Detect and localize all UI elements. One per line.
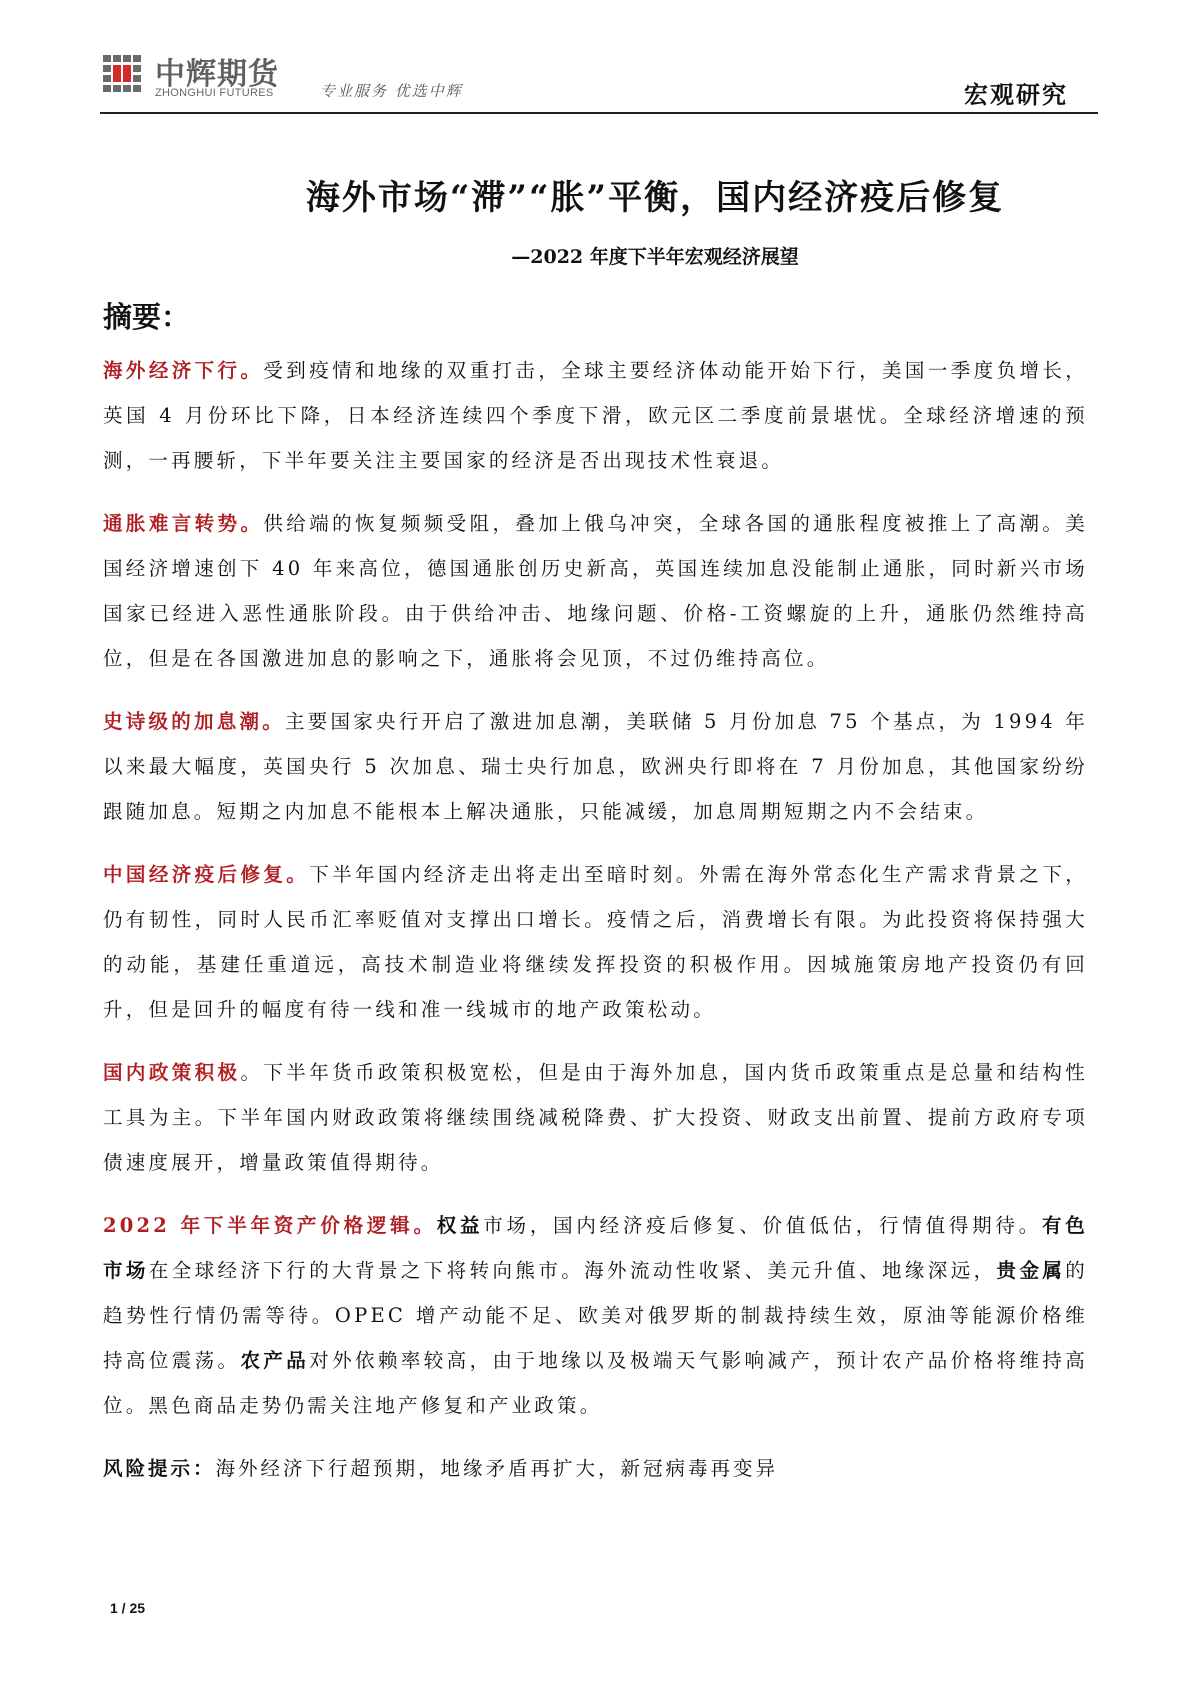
paragraph-lead: 史诗级的加息潮。 [103,710,285,733]
paragraph-inflation: 通胀难言转势。供给端的恢复频频受阻，叠加上俄乌冲突，全球各国的通胀程度被推上了高… [103,501,1088,681]
asset-equity: 权益 [437,1214,484,1237]
risk-warning: 风险提示：海外经济下行超预期，地缘矛盾再扩大，新冠病毒再变异 [103,1446,1088,1491]
report-title: 海外市场“滞”“胀”平衡，国内经济疫后修复 [0,170,1190,219]
header-divider [100,112,1098,114]
risk-label: 风险提示： [103,1457,216,1480]
slogan: 专业服务 优选中辉 [320,80,463,101]
asset-text: 在全球经济下行的大背景之下将转向熊市。海外流动性收紧、美元升值、地缘深远， [149,1259,997,1282]
logo-grid-icon [103,55,143,93]
asset-agriculture: 农产品 [240,1349,309,1372]
report-subtitle: —2022 年度下半年宏观经济展望 [0,242,1190,269]
section-label: 宏观研究 [964,75,1068,110]
paragraph-text: 。下半年货币政策积极宽松，但是由于海外加息，国内货币政策重点是总量和结构性工具为… [103,1061,1088,1174]
paragraph-lead: 2022 年下半年资产价格逻辑。 [103,1214,437,1237]
abstract-body: 海外经济下行。受到疫情和地缘的双重打击，全球主要经济体动能开始下行，美国一季度负… [103,348,1088,1491]
asset-precious-metals: 贵金属 [997,1259,1066,1282]
paragraph-text: 下半年国内经济走出将走出至暗时刻。外需在海外常态化生产需求背景之下，仍有韧性，同… [103,863,1088,1021]
asset-text: 市场，国内经济疫后修复、价值低估，行情值得期待。 [483,1214,1042,1237]
paragraph-lead: 通胀难言转势。 [103,512,263,535]
risk-text: 海外经济下行超预期，地缘矛盾再扩大，新冠病毒再变异 [216,1457,779,1480]
page-number: 1 / 25 [110,1600,145,1616]
logo-english-name: ZHONGHUI FUTURES [155,87,273,99]
paragraph-text: 供给端的恢复频频受阻，叠加上俄乌冲突，全球各国的通胀程度被推上了高潮。美国经济增… [103,512,1088,670]
paragraph-lead: 海外经济下行。 [103,359,263,382]
paragraph-lead: 国内政策积极 [103,1061,240,1084]
paragraph-lead: 中国经济疫后修复。 [103,863,309,886]
abstract-heading: 摘要： [103,295,190,336]
paragraph-asset-prices: 2022 年下半年资产价格逻辑。权益市场，国内经济疫后修复、价值低估，行情值得期… [103,1203,1088,1428]
paragraph-overseas-economy: 海外经济下行。受到疫情和地缘的双重打击，全球主要经济体动能开始下行，美国一季度负… [103,348,1088,483]
paragraph-domestic-policy: 国内政策积极。下半年货币政策积极宽松，但是由于海外加息，国内货币政策重点是总量和… [103,1050,1088,1185]
paragraph-rate-hikes: 史诗级的加息潮。主要国家央行开启了激进加息潮，美联储 5 月份加息 75 个基点… [103,699,1088,834]
paragraph-china-recovery: 中国经济疫后修复。下半年国内经济走出将走出至暗时刻。外需在海外常态化生产需求背景… [103,852,1088,1032]
page-header: 中辉期货 ZHONGHUI FUTURES 专业服务 优选中辉 宏观研究 [100,45,1098,113]
